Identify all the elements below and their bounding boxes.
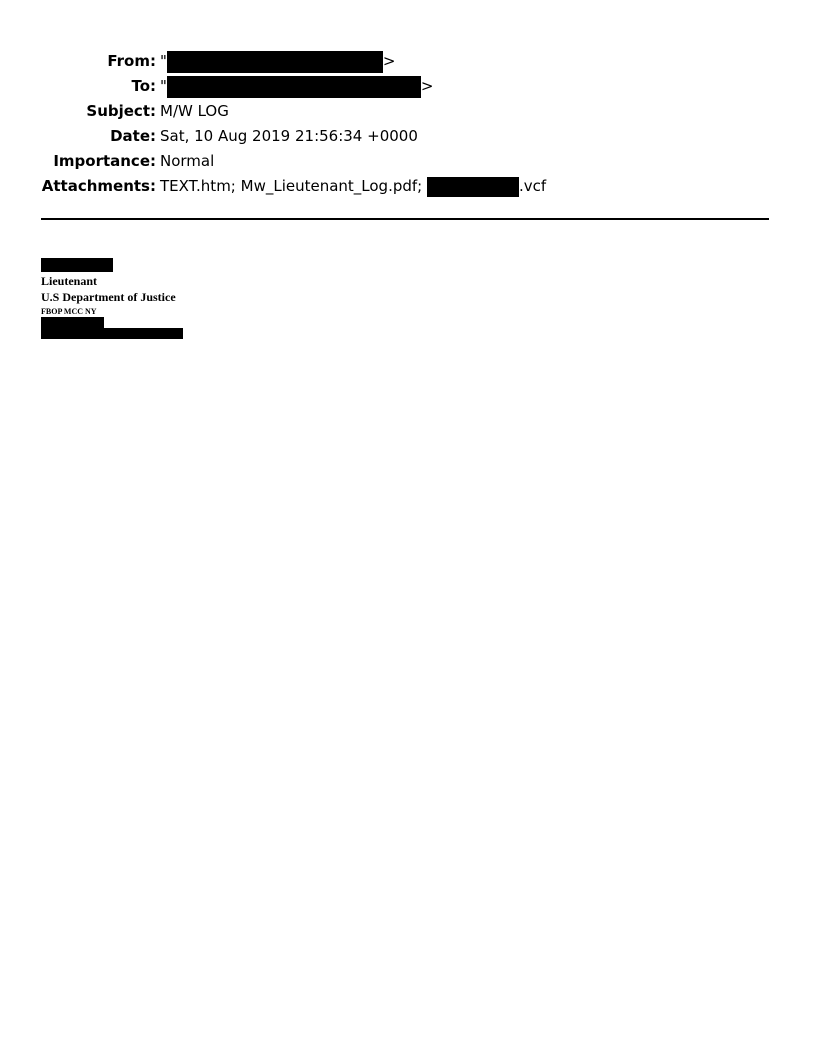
signature-line-redaction-1 — [41, 317, 104, 328]
to-suffix: > — [421, 77, 434, 95]
attachment-ext: .vcf — [519, 177, 546, 195]
from-quote: " — [160, 52, 167, 70]
subject-row: Subject: M/W LOG — [0, 99, 816, 124]
to-label: To: — [131, 74, 156, 99]
from-label: From: — [107, 49, 156, 74]
to-value: "> — [160, 74, 433, 99]
from-redaction — [167, 51, 383, 73]
signature-org: U.S Department of Justice — [41, 289, 176, 305]
date-value: Sat, 10 Aug 2019 21:56:34 +0000 — [160, 124, 418, 149]
attachments-label: Attachments: — [42, 174, 156, 199]
to-row: To: "> — [0, 74, 816, 99]
attachments-row: Attachments: TEXT.htm; Mw_Lieutenant_Log… — [0, 174, 816, 199]
signature-name-redaction — [41, 258, 113, 272]
from-suffix: > — [383, 52, 396, 70]
attachment-redaction — [427, 177, 519, 197]
importance-value: Normal — [160, 149, 214, 174]
date-row: Date: Sat, 10 Aug 2019 21:56:34 +0000 — [0, 124, 816, 149]
header-divider — [41, 218, 769, 220]
subject-label: Subject: — [86, 99, 156, 124]
to-redaction — [167, 76, 421, 98]
signature-title: Lieutenant — [41, 273, 97, 289]
from-row: From: "> — [0, 49, 816, 74]
subject-value: M/W LOG — [160, 99, 229, 124]
to-quote: " — [160, 77, 167, 95]
date-label: Date: — [110, 124, 156, 149]
signature-line-redaction-2 — [41, 328, 183, 339]
from-value: "> — [160, 49, 395, 74]
attachments-list: TEXT.htm; Mw_Lieutenant_Log.pdf; — [160, 177, 427, 195]
attachments-value: TEXT.htm; Mw_Lieutenant_Log.pdf; .vcf — [160, 174, 546, 199]
importance-row: Importance: Normal — [0, 149, 816, 174]
importance-label: Importance: — [53, 149, 156, 174]
signature-unit: FBOP MCC NY — [41, 306, 97, 317]
